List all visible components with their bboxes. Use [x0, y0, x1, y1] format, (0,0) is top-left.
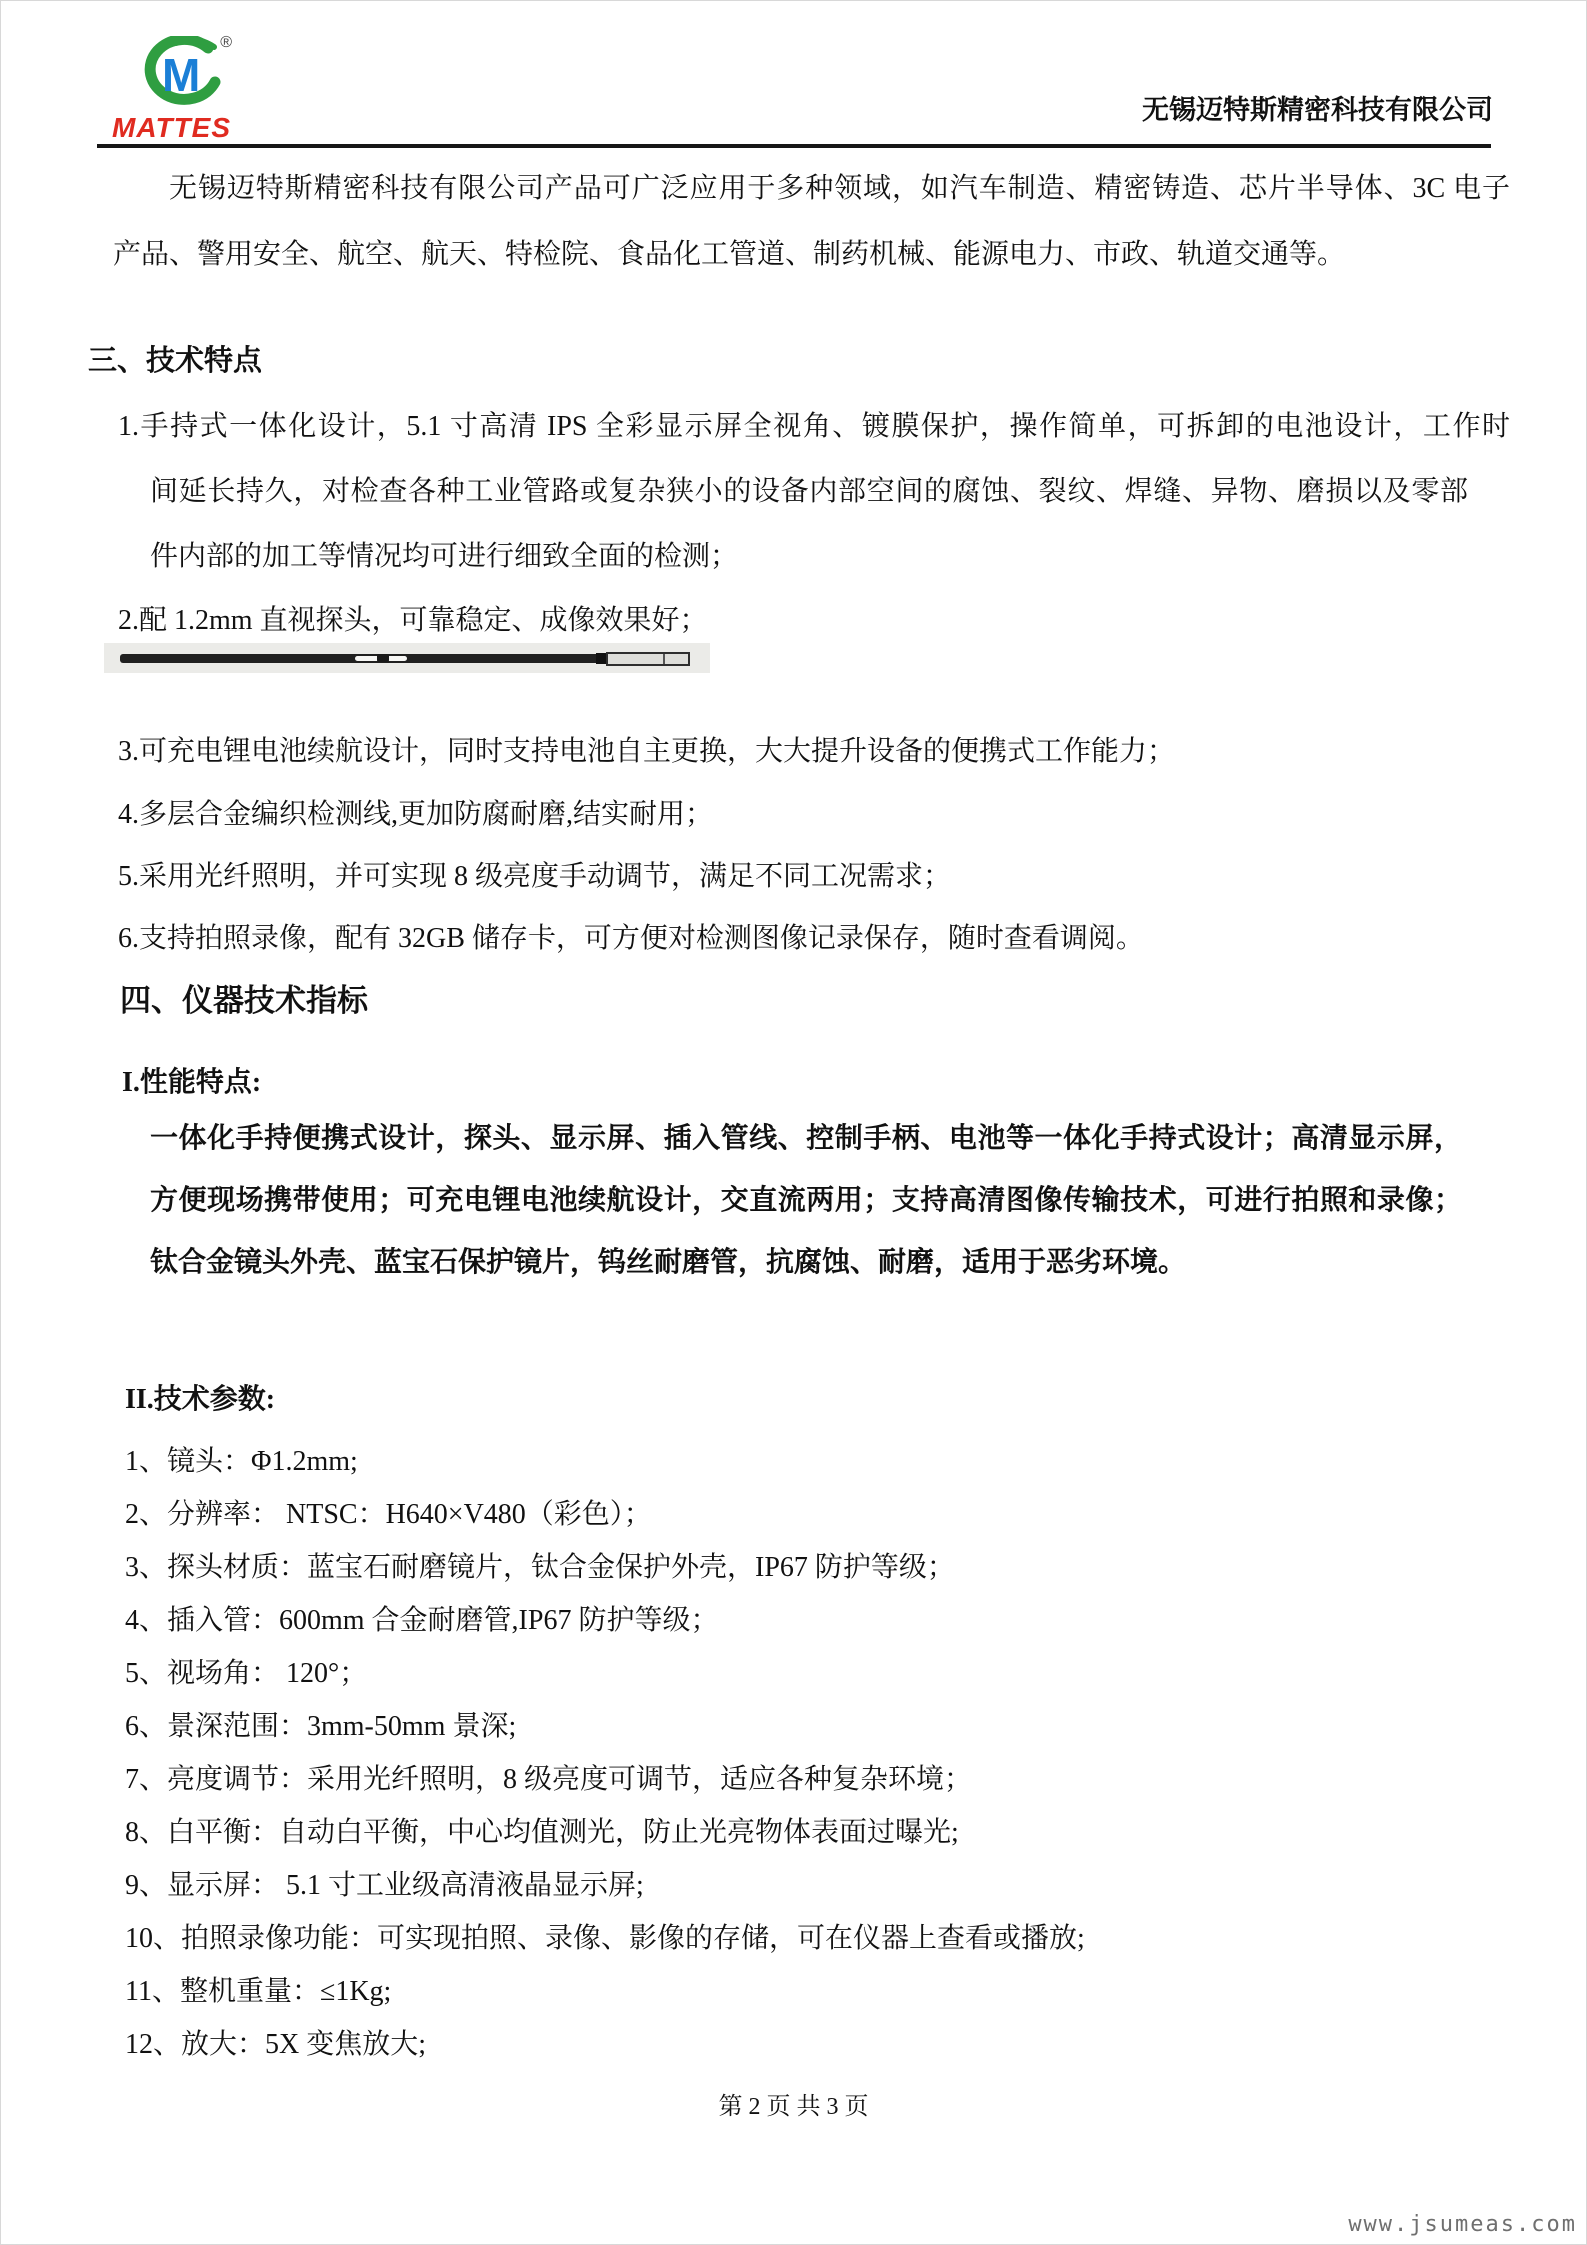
feature-item-3: 3.可充电锂电池续航设计，同时支持电池自主更换，大大提升设备的便携式工作能力；: [118, 735, 1510, 769]
param-item: 9、显示屏： 5.1 寸工业级高清液晶显示屏;: [125, 1869, 1525, 1903]
performance-line: 一体化手持便携式设计，探头、显示屏、插入管线、控制手柄、电池等一体化手持式设计；…: [150, 1122, 1462, 1156]
document-page: M ® MATTES 无锡迈特斯精密科技有限公司 无锡迈特斯精密科技有限公司产品…: [0, 0, 1587, 2245]
feature-item-1-line: 件内部的加工等情况均可进行细致全面的检测；: [150, 540, 1468, 574]
logo-monogram: M: [162, 52, 200, 98]
param-item: 1、镜头：Φ1.2mm;: [125, 1445, 1525, 1479]
feature-item-4: 4.多层合金编织检测线,更加防腐耐磨,结实耐用；: [118, 798, 1510, 832]
feature-item-1-line: 间延长持久，对检查各种工业管路或复杂狭小的设备内部空间的腐蚀、裂纹、焊缝、异物、…: [150, 475, 1468, 509]
company-name: 无锡迈特斯精密科技有限公司: [1142, 88, 1493, 127]
probe-joint-band: [377, 654, 389, 662]
param-item: 2、分辨率： NTSC：H640×V480（彩色）；: [125, 1498, 1525, 1532]
param-item: 8、白平衡：自动白平衡，中心均值测光，防止光亮物体表面过曝光;: [125, 1816, 1525, 1850]
feature-item-1-line: 1.手持式一体化设计，5.1 寸高清 IPS 全彩显示屏全视角、镀膜保护，操作简…: [118, 410, 1510, 444]
param-item: 10、拍照录像功能：可实现拍照、录像、影像的存储，可在仪器上查看或播放;: [125, 1922, 1525, 1956]
param-item: 5、视场角： 120°；: [125, 1657, 1525, 1691]
page-number: 第 2 页 共 3 页: [0, 2086, 1587, 2121]
registered-trademark-icon: ®: [220, 34, 232, 52]
company-logo: M ® MATTES: [112, 34, 252, 140]
logo-mark: M ®: [136, 36, 228, 112]
section-title-specs: 四、仪器技术指标: [120, 975, 368, 1020]
intro-line: 无锡迈特斯精密科技有限公司产品可广泛应用于多种领域，如汽车制造、精密铸造、芯片半…: [113, 172, 1510, 206]
param-item: 4、插入管：600mm 合金耐磨管,IP67 防护等级；: [125, 1604, 1525, 1638]
performance-line: 方便现场携带使用；可充电锂电池续航设计，交直流两用；支持高清图像传输技术，可进行…: [150, 1184, 1462, 1218]
feature-item-2: 2.配 1.2mm 直视探头，可靠稳定、成像效果好；: [118, 604, 1510, 638]
feature-item-6: 6.支持拍照录像，配有 32GB 储存卡，可方便对检测图像记录保存，随时查看调阅…: [118, 922, 1510, 956]
probe-product-image: [104, 643, 710, 673]
performance-line: 钛合金镜头外壳、蓝宝石保护镜片，钨丝耐磨管，抗腐蚀、耐磨，适用于恶劣环境。: [150, 1246, 1462, 1280]
param-item: 12、放大：5X 变焦放大;: [125, 2028, 1525, 2062]
header-divider: [97, 144, 1491, 148]
performance-subtitle: I.性能特点:: [122, 1060, 261, 1100]
param-item: 6、景深范围：3mm-50mm 景深;: [125, 1710, 1525, 1744]
probe-metal-tip: [606, 652, 690, 666]
intro-line: 产品、警用安全、航空、航天、特检院、食品化工管道、制药机械、能源电力、市政、轨道…: [113, 238, 1510, 272]
watermark-url: www.jsumeas.com: [1348, 2212, 1577, 2237]
probe-tip-divider: [663, 654, 665, 664]
section-title-features: 三、技术特点: [88, 338, 262, 379]
param-item: 3、探头材质：蓝宝石耐磨镜片，钛合金保护外壳，IP67 防护等级；: [125, 1551, 1525, 1585]
param-item: 7、亮度调节：采用光纤照明，8 级亮度可调节，适应各种复杂环境；: [125, 1763, 1525, 1797]
logo-brand-text: MATTES: [112, 112, 231, 144]
param-item: 11、整机重量：≤1Kg;: [125, 1975, 1525, 2009]
params-subtitle: II.技术参数:: [125, 1377, 275, 1417]
feature-item-5: 5.采用光纤照明，并可实现 8 级亮度手动调节，满足不同工况需求；: [118, 860, 1510, 894]
